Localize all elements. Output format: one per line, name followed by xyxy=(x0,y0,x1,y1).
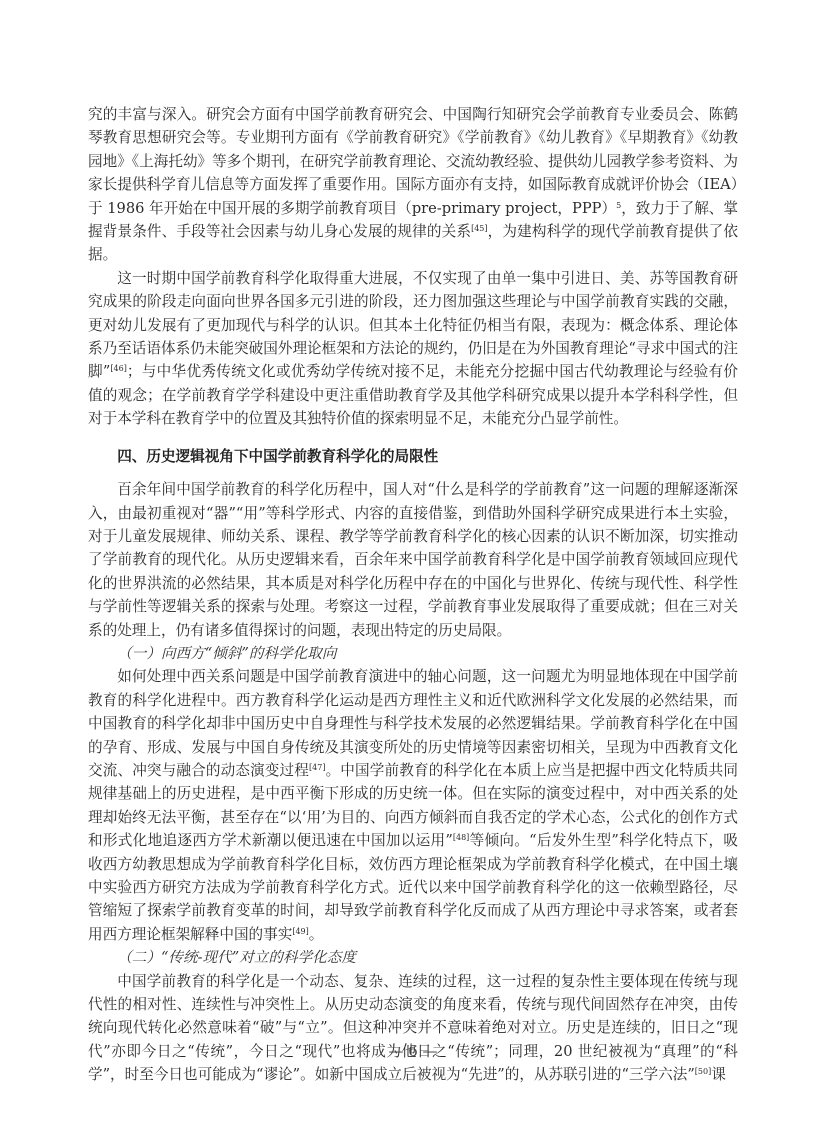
subheading-2: （二）“传统-现代”对立的科学化态度 xyxy=(88,946,738,969)
section-heading: 四、历史逻辑视角下中国学前教育科学化的局限性 xyxy=(88,445,738,468)
footnote-ref: [50] xyxy=(695,1067,711,1076)
footnote-ref: [49] xyxy=(292,927,308,936)
page-number: — 6 — xyxy=(0,1042,826,1060)
footnote-ref: [45] xyxy=(471,224,487,233)
footnote-ref: [48] xyxy=(453,833,469,842)
paragraph-2: 这一时期中国学前教育科学化取得重大进展，不仅实现了由单一集中引进日、美、苏等国教… xyxy=(88,267,738,431)
paragraph-5: 中国学前教育的科学化是一个动态、复杂、连续的过程，这一过程的复杂性主要体现在传统… xyxy=(88,970,738,1087)
paragraph-4: 如何处理中西关系问题是中国学前教育演进中的轴心问题，这一问题尤为明显地体现在中国… xyxy=(88,665,738,946)
paragraph-1: 究的丰富与深入。研究会方面有中国学前教育研究会、中国陶行知研究会学前教育专业委员… xyxy=(88,103,738,267)
subheading-1: （一）向西方“倾斜”的科学化取向 xyxy=(88,642,738,665)
document-page: 究的丰富与深入。研究会方面有中国学前教育研究会、中国陶行知研究会学前教育专业委员… xyxy=(88,103,738,1087)
footnote-ref: [47] xyxy=(309,763,325,772)
footnote-ref: [46] xyxy=(110,364,126,373)
paragraph-3: 百余年间中国学前教育的科学化历程中，国人对“什么是科学的学前教育”这一问题的理解… xyxy=(88,478,738,642)
